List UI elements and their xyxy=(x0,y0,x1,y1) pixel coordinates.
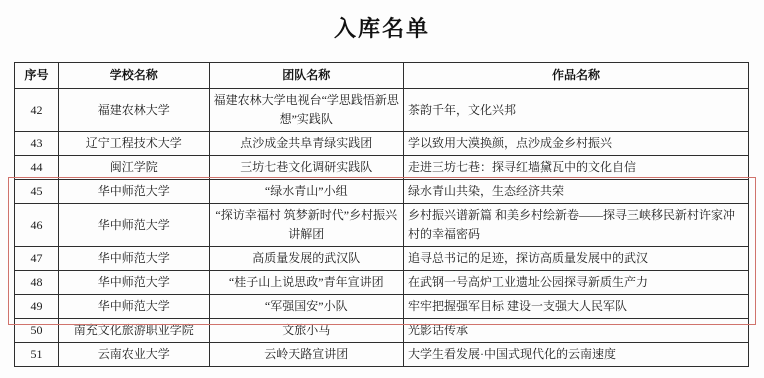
table-row: 48华中师范大学“桂子山上说思政”青年宣讲团在武钢一号高炉工业遗址公园探寻新质生… xyxy=(15,271,749,295)
cell-no: 43 xyxy=(15,132,59,156)
cell-no: 45 xyxy=(15,180,59,204)
cell-school: 辽宁工程技术大学 xyxy=(59,132,209,156)
cell-team: “军强国安”小队 xyxy=(209,295,404,319)
cell-school: 华中师范大学 xyxy=(59,180,209,204)
cell-work: 学以致用大漠换颜，点沙成金乡村振兴 xyxy=(404,132,749,156)
document-page: 入库名单 序号学校名称团队名称作品名称 42福建农林大学福建农林大学电视台“学思… xyxy=(0,0,764,378)
cell-team: 高质量发展的武汉队 xyxy=(209,247,404,271)
cell-work: 在武钢一号高炉工业遗址公园探寻新质生产力 xyxy=(404,271,749,295)
cell-school: 华中师范大学 xyxy=(59,204,209,247)
cell-work: 牢牢把握强军目标 建设一支强大人民军队 xyxy=(404,295,749,319)
cell-work: 乡村振兴谱新篇 和美乡村绘新卷——探寻三峡移民新村许家冲村的幸福密码 xyxy=(404,204,749,247)
header-cell-0: 序号 xyxy=(15,63,59,89)
table-row: 45华中师范大学“绿水青山”小组绿水青山共染，生态经济共荣 xyxy=(15,180,749,204)
table-row: 47华中师范大学高质量发展的武汉队追寻总书记的足迹，探访高质量发展中的武汉 xyxy=(15,247,749,271)
cell-no: 49 xyxy=(15,295,59,319)
table-row: 42福建农林大学福建农林大学电视台“学思践悟新思想”实践队茶韵千年，文化兴邦 xyxy=(15,89,749,132)
cell-work: 光影话传承 xyxy=(404,319,749,343)
header-cell-2: 团队名称 xyxy=(209,63,404,89)
cell-work: 走进三坊七巷：探寻红墙黛瓦中的文化自信 xyxy=(404,156,749,180)
table-row: 46华中师范大学“探访幸福村 筑梦新时代”乡村振兴讲解团乡村振兴谱新篇 和美乡村… xyxy=(15,204,749,247)
cell-no: 42 xyxy=(15,89,59,132)
table-row: 50南充文化旅游职业学院文旅小马光影话传承 xyxy=(15,319,749,343)
cell-work: 茶韵千年，文化兴邦 xyxy=(404,89,749,132)
cell-school: 福建农林大学 xyxy=(59,89,209,132)
table-row: 49华中师范大学“军强国安”小队牢牢把握强军目标 建设一支强大人民军队 xyxy=(15,295,749,319)
cell-work: 绿水青山共染，生态经济共荣 xyxy=(404,180,749,204)
cell-no: 44 xyxy=(15,156,59,180)
cell-school: 云南农业大学 xyxy=(59,343,209,367)
cell-school: 华中师范大学 xyxy=(59,247,209,271)
cell-team: 文旅小马 xyxy=(209,319,404,343)
cell-no: 50 xyxy=(15,319,59,343)
cell-team: “探访幸福村 筑梦新时代”乡村振兴讲解团 xyxy=(209,204,404,247)
table-row: 43辽宁工程技术大学点沙成金共阜青绿实践团学以致用大漠换颜，点沙成金乡村振兴 xyxy=(15,132,749,156)
cell-work: 追寻总书记的足迹，探访高质量发展中的武汉 xyxy=(404,247,749,271)
header-cell-3: 作品名称 xyxy=(404,63,749,89)
cell-team: “绿水青山”小组 xyxy=(209,180,404,204)
cell-no: 48 xyxy=(15,271,59,295)
cell-work: 大学生看发展·中国式现代化的云南速度 xyxy=(404,343,749,367)
cell-team: 云岭天路宣讲团 xyxy=(209,343,404,367)
table-row: 51云南农业大学云岭天路宣讲团大学生看发展·中国式现代化的云南速度 xyxy=(15,343,749,367)
cell-school: 闽江学院 xyxy=(59,156,209,180)
cell-team: 福建农林大学电视台“学思践悟新思想”实践队 xyxy=(209,89,404,132)
page-title: 入库名单 xyxy=(0,0,764,43)
cell-school: 南充文化旅游职业学院 xyxy=(59,319,209,343)
cell-no: 51 xyxy=(15,343,59,367)
cell-no: 47 xyxy=(15,247,59,271)
header-row: 序号学校名称团队名称作品名称 xyxy=(15,63,749,89)
cell-team: 三坊七巷文化调研实践队 xyxy=(209,156,404,180)
header-cell-1: 学校名称 xyxy=(59,63,209,89)
cell-team: “桂子山上说思政”青年宣讲团 xyxy=(209,271,404,295)
table-row: 44闽江学院三坊七巷文化调研实践队走进三坊七巷：探寻红墙黛瓦中的文化自信 xyxy=(15,156,749,180)
cell-team: 点沙成金共阜青绿实践团 xyxy=(209,132,404,156)
roster-table: 序号学校名称团队名称作品名称 42福建农林大学福建农林大学电视台“学思践悟新思想… xyxy=(14,62,749,367)
cell-no: 46 xyxy=(15,204,59,247)
cell-school: 华中师范大学 xyxy=(59,271,209,295)
cell-school: 华中师范大学 xyxy=(59,295,209,319)
